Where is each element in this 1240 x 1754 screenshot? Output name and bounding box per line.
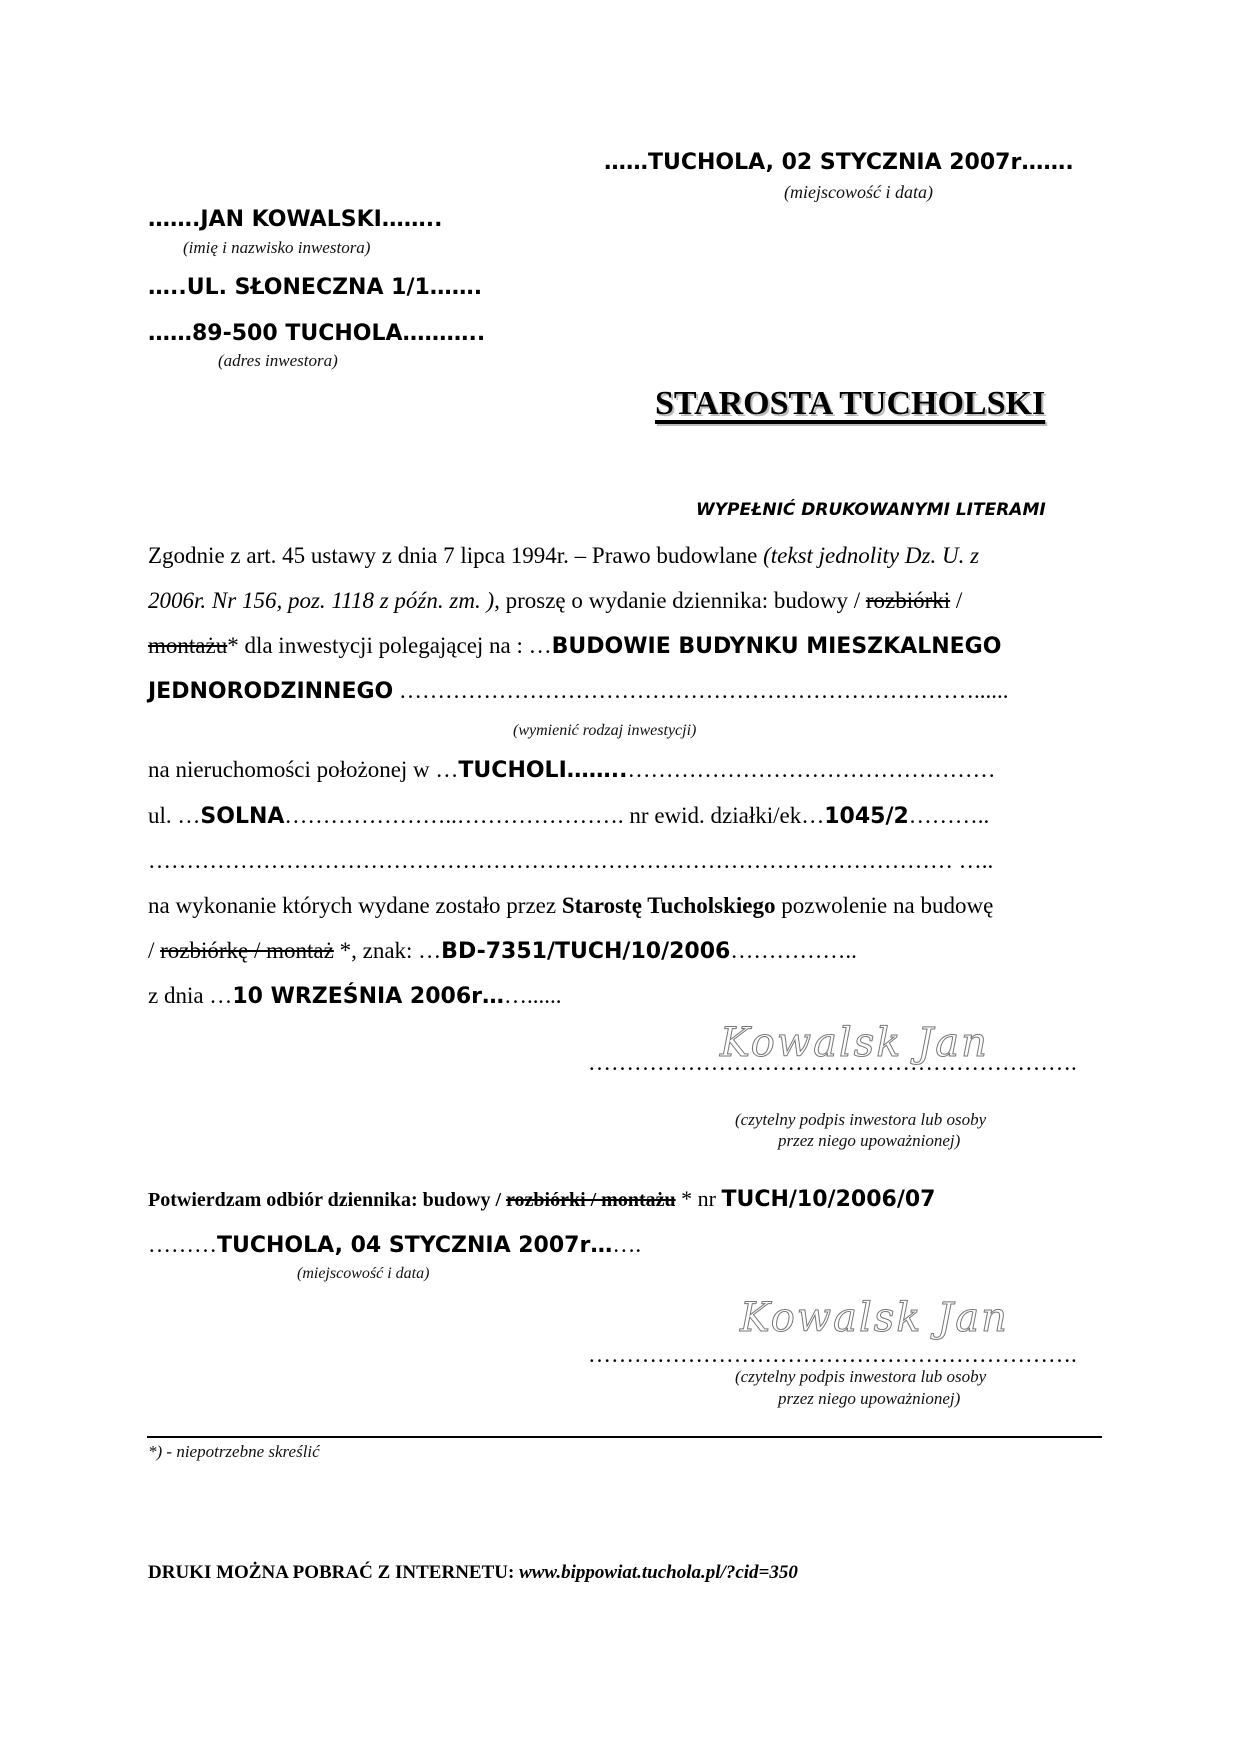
investor-address-line2: ……89-500 TUCHOLA……….. bbox=[148, 321, 485, 346]
permit-date-field: 10 WRZEŚNIA 2006r… bbox=[232, 984, 504, 1009]
struck-option-confirm: rozbiórki / montażu bbox=[506, 1189, 676, 1211]
footnote: *) - niepotrzebne skreślić bbox=[148, 1442, 320, 1462]
permit-date-label: z dnia … bbox=[148, 983, 232, 1008]
fill-instruction: WYPEŁNIĆ DRUKOWANYMI LITERAMI bbox=[696, 500, 1046, 520]
struck-option-assembly: montażu bbox=[148, 633, 227, 658]
property-location-field: TUCHOLI…….. bbox=[458, 758, 627, 783]
confirmation-date-field: TUCHOLA, 04 STYCZNIA 2007r… bbox=[217, 1233, 612, 1258]
footnote-divider bbox=[147, 1436, 1102, 1438]
permit-type-text: pozwolenie na budowę bbox=[776, 893, 994, 918]
confirmation-date-caption: (miejscowość i data) bbox=[297, 1265, 429, 1283]
investor-signature-2: Kowalsk Jan bbox=[740, 1295, 1009, 1341]
signature-1-caption-2: przez niego upoważnionej) bbox=[778, 1131, 960, 1151]
investment-type-field-cont: JEDNORODZINNEGO bbox=[148, 679, 393, 704]
body-line-8: na wykonanie których wydane zostało prze… bbox=[148, 893, 993, 919]
property-location-label: na nieruchomości położonej w … bbox=[148, 757, 458, 782]
dotted-fill: ……….. bbox=[909, 803, 990, 828]
dotted-fill: ……… bbox=[148, 1232, 217, 1257]
signature-1-line: ………………………………………………………. bbox=[588, 1050, 1077, 1076]
permit-ref-label: *, znak: … bbox=[334, 938, 441, 963]
journal-number-label: * nr bbox=[676, 1186, 722, 1211]
body-line-7: …………………………………………………………………………………………… ….. bbox=[148, 848, 993, 874]
body-line-9: / rozbiórkę / montaż *, znak: …BD-7351/T… bbox=[148, 938, 857, 964]
street-label: ul. … bbox=[148, 803, 200, 828]
request-text: proszę o wydanie dziennika: budowy / bbox=[500, 588, 866, 613]
body-line-6: ul. …SOLNA…………………..…………………. nr ewid. dzi… bbox=[148, 803, 989, 829]
download-label: DRUKI MOŻNA POBRAĆ Z INTERNETU: bbox=[148, 1562, 519, 1583]
dotted-fill: …. bbox=[612, 1232, 641, 1257]
investor-name-caption: (imię i nazwisko inwestora) bbox=[183, 238, 370, 258]
place-date-caption: (miejscowość i data) bbox=[784, 182, 933, 203]
dotted-fill: …...... bbox=[504, 983, 562, 1008]
struck-option-demolition: rozbiórki bbox=[866, 588, 950, 613]
plot-number-label: …………………..…………………. nr ewid. działki/ek… bbox=[284, 803, 824, 828]
download-url-link[interactable]: www.bippowiat.tuchola.pl/?cid=350 bbox=[519, 1562, 798, 1583]
investor-name-field: …….JAN KOWALSKI…….. bbox=[148, 207, 443, 232]
plot-number-field: 1045/2 bbox=[824, 804, 909, 829]
separator: / bbox=[950, 588, 962, 613]
investment-intro: * dla inwestycji polegającej na : … bbox=[227, 633, 551, 658]
investor-address-caption: (adres inwestora) bbox=[218, 351, 338, 371]
investor-address-line1: …..UL. SŁONECZNA 1/1……. bbox=[148, 275, 482, 300]
street-field: SOLNA bbox=[200, 804, 284, 829]
legal-citation: (tekst jednolity Dz. U. z bbox=[763, 543, 979, 568]
separator: / bbox=[148, 938, 160, 963]
legal-basis-text: Zgodnie z art. 45 ustawy z dnia 7 lipca … bbox=[148, 543, 763, 568]
confirmation-line: Potwierdzam odbiór dziennika: budowy / r… bbox=[148, 1186, 935, 1212]
body-line-5: na nieruchomości położonej w …TUCHOLI…….… bbox=[148, 757, 995, 783]
permit-issuer: Starostę Tucholskiego bbox=[562, 893, 776, 918]
body-line-1: Zgodnie z art. 45 ustawy z dnia 7 lipca … bbox=[148, 543, 979, 569]
body-line-2: 2006r. Nr 156, poz. 1118 z późn. zm. ), … bbox=[148, 588, 962, 614]
permit-ref-field: BD-7351/TUCH/10/2006 bbox=[441, 939, 730, 964]
body-line-4: JEDNORODZINNEGO ………………………………………………………………… bbox=[148, 678, 1009, 704]
body-line-10: z dnia …10 WRZEŚNIA 2006r……...... bbox=[148, 983, 561, 1009]
download-note: DRUKI MOŻNA POBRAĆ Z INTERNETU: www.bipp… bbox=[148, 1562, 798, 1584]
signature-2-caption-2: przez niego upoważnionej) bbox=[778, 1389, 960, 1409]
body-line-3: montażu* dla inwestycji polegającej na :… bbox=[148, 633, 1001, 659]
investment-type-caption: (wymienić rodzaj inwestycji) bbox=[513, 722, 696, 740]
investment-type-field: BUDOWIE BUDYNKU MIESZKALNEGO bbox=[552, 634, 1002, 659]
dotted-fill: …………………………………………………………………...... bbox=[393, 678, 1008, 703]
legal-citation-cont: 2006r. Nr 156, poz. 1118 z późn. zm. ), bbox=[148, 588, 500, 613]
signature-2-caption-1: (czytelny podpis inwestora lub osoby bbox=[735, 1367, 986, 1387]
dotted-fill: …………….. bbox=[730, 938, 857, 963]
confirmation-date-line: ………TUCHOLA, 04 STYCZNIA 2007r……. bbox=[148, 1232, 641, 1258]
addressee-title: STAROSTA TUCHOLSKI bbox=[655, 385, 1045, 423]
journal-number-field: TUCH/10/2006/07 bbox=[721, 1187, 935, 1212]
signature-1-caption-1: (czytelny podpis inwestora lub osoby bbox=[735, 1110, 986, 1130]
place-date-field: ……TUCHOLA, 02 STYCZNIA 2007r……. bbox=[604, 150, 1074, 175]
struck-option-permit: rozbiórkę / montaż bbox=[160, 938, 334, 963]
confirmation-text: Potwierdzam odbiór dziennika: budowy / bbox=[148, 1189, 506, 1211]
dotted-fill: ………………………………………… bbox=[627, 757, 995, 782]
permit-issuer-text: na wykonanie których wydane zostało prze… bbox=[148, 893, 562, 918]
signature-2-line: ………………………………………………………. bbox=[588, 1342, 1077, 1368]
